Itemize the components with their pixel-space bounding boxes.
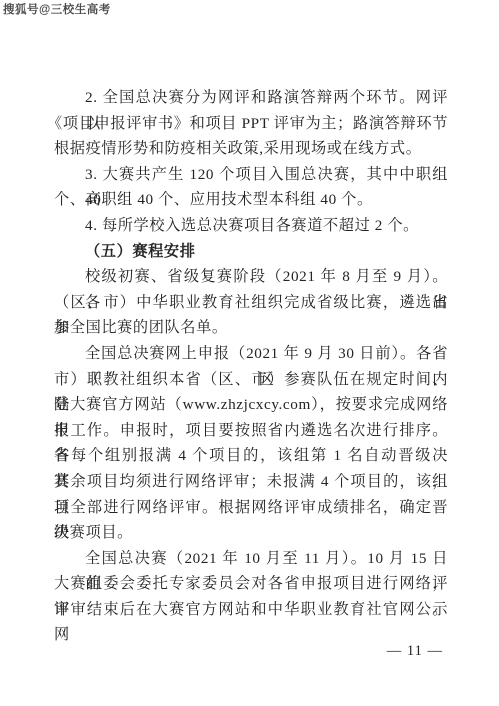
document-line: 全国总决赛网上申报（2021 年 9 月 30 日前）。各省（区、 bbox=[54, 341, 448, 367]
document-page: 搜狐号@三校生高考 2. 全国总决赛分为网评和路演答辩两个环节。网评以 《项目申… bbox=[0, 0, 499, 706]
document-line: 个、高职组 40 个、应用技术型本科组 40 个。 bbox=[54, 187, 448, 213]
document-line: 2. 全国总决赛分为网评和路演答辩两个环节。网评以 bbox=[54, 85, 448, 111]
document-line: 大赛组委会委托专家委员会对各省申报项目进行网络评审。 bbox=[54, 571, 448, 597]
document-line: 报工作。申报时，项目要按照省内遴选名次进行排序。各 bbox=[54, 418, 448, 444]
document-line: 评审结束后在大赛官方网站和中华职业教育社官网公示网 bbox=[54, 597, 448, 623]
sohu-watermark: 搜狐号@三校生高考 bbox=[3, 3, 111, 17]
document-line: 决赛项目。 bbox=[54, 520, 448, 546]
document-line: 3. 大赛共产生 120 个项目入围总决赛，其中中职组 40 bbox=[54, 162, 448, 188]
document-line: 校级初赛、省级复赛阶段（2021 年 8 月至 9 月）。各省 bbox=[54, 264, 448, 290]
document-line: 根据疫情形势和防疫相关政策,采用现场或在线方式。 bbox=[54, 136, 448, 162]
document-line: 《项目申报评审书》和项目 PPT 评审为主；路演答辩环节 bbox=[47, 111, 448, 137]
document-line: （区、市）中华职业教育社组织完成省级比赛，遴选出参 bbox=[54, 290, 448, 316]
document-body: 2. 全国总决赛分为网评和路演答辩两个环节。网评以 《项目申报评审书》和项目 P… bbox=[54, 85, 448, 622]
document-line: 市）职教社组织本省（区、市）参赛队伍在规定时间内登 bbox=[54, 367, 448, 393]
document-line: 全国总决赛（2021 年 10 月至 11 月）。10 月 15 日前， bbox=[54, 546, 448, 572]
document-line: 目全部进行网络评审。根据网络评审成绩排名，确定晋级 bbox=[54, 495, 448, 521]
document-line: 陆大赛官方网站（www.zhzjcxcy.com），按要求完成网络申 bbox=[54, 392, 448, 418]
section-heading: （五）赛程安排 bbox=[54, 239, 448, 265]
document-line: 4. 每所学校入选总决赛项目各赛道不超过 2 个。 bbox=[54, 213, 448, 239]
document-line: 其余项目均须进行网络评审；未报满 4 个项目的，该组项 bbox=[54, 469, 448, 495]
document-line: 省每个组别报满 4 个项目的，该组第 1 名自动晋级决赛， bbox=[54, 443, 448, 469]
page-number: — 11 — bbox=[387, 642, 443, 660]
document-line: 加全国比赛的团队名单。 bbox=[54, 315, 448, 341]
